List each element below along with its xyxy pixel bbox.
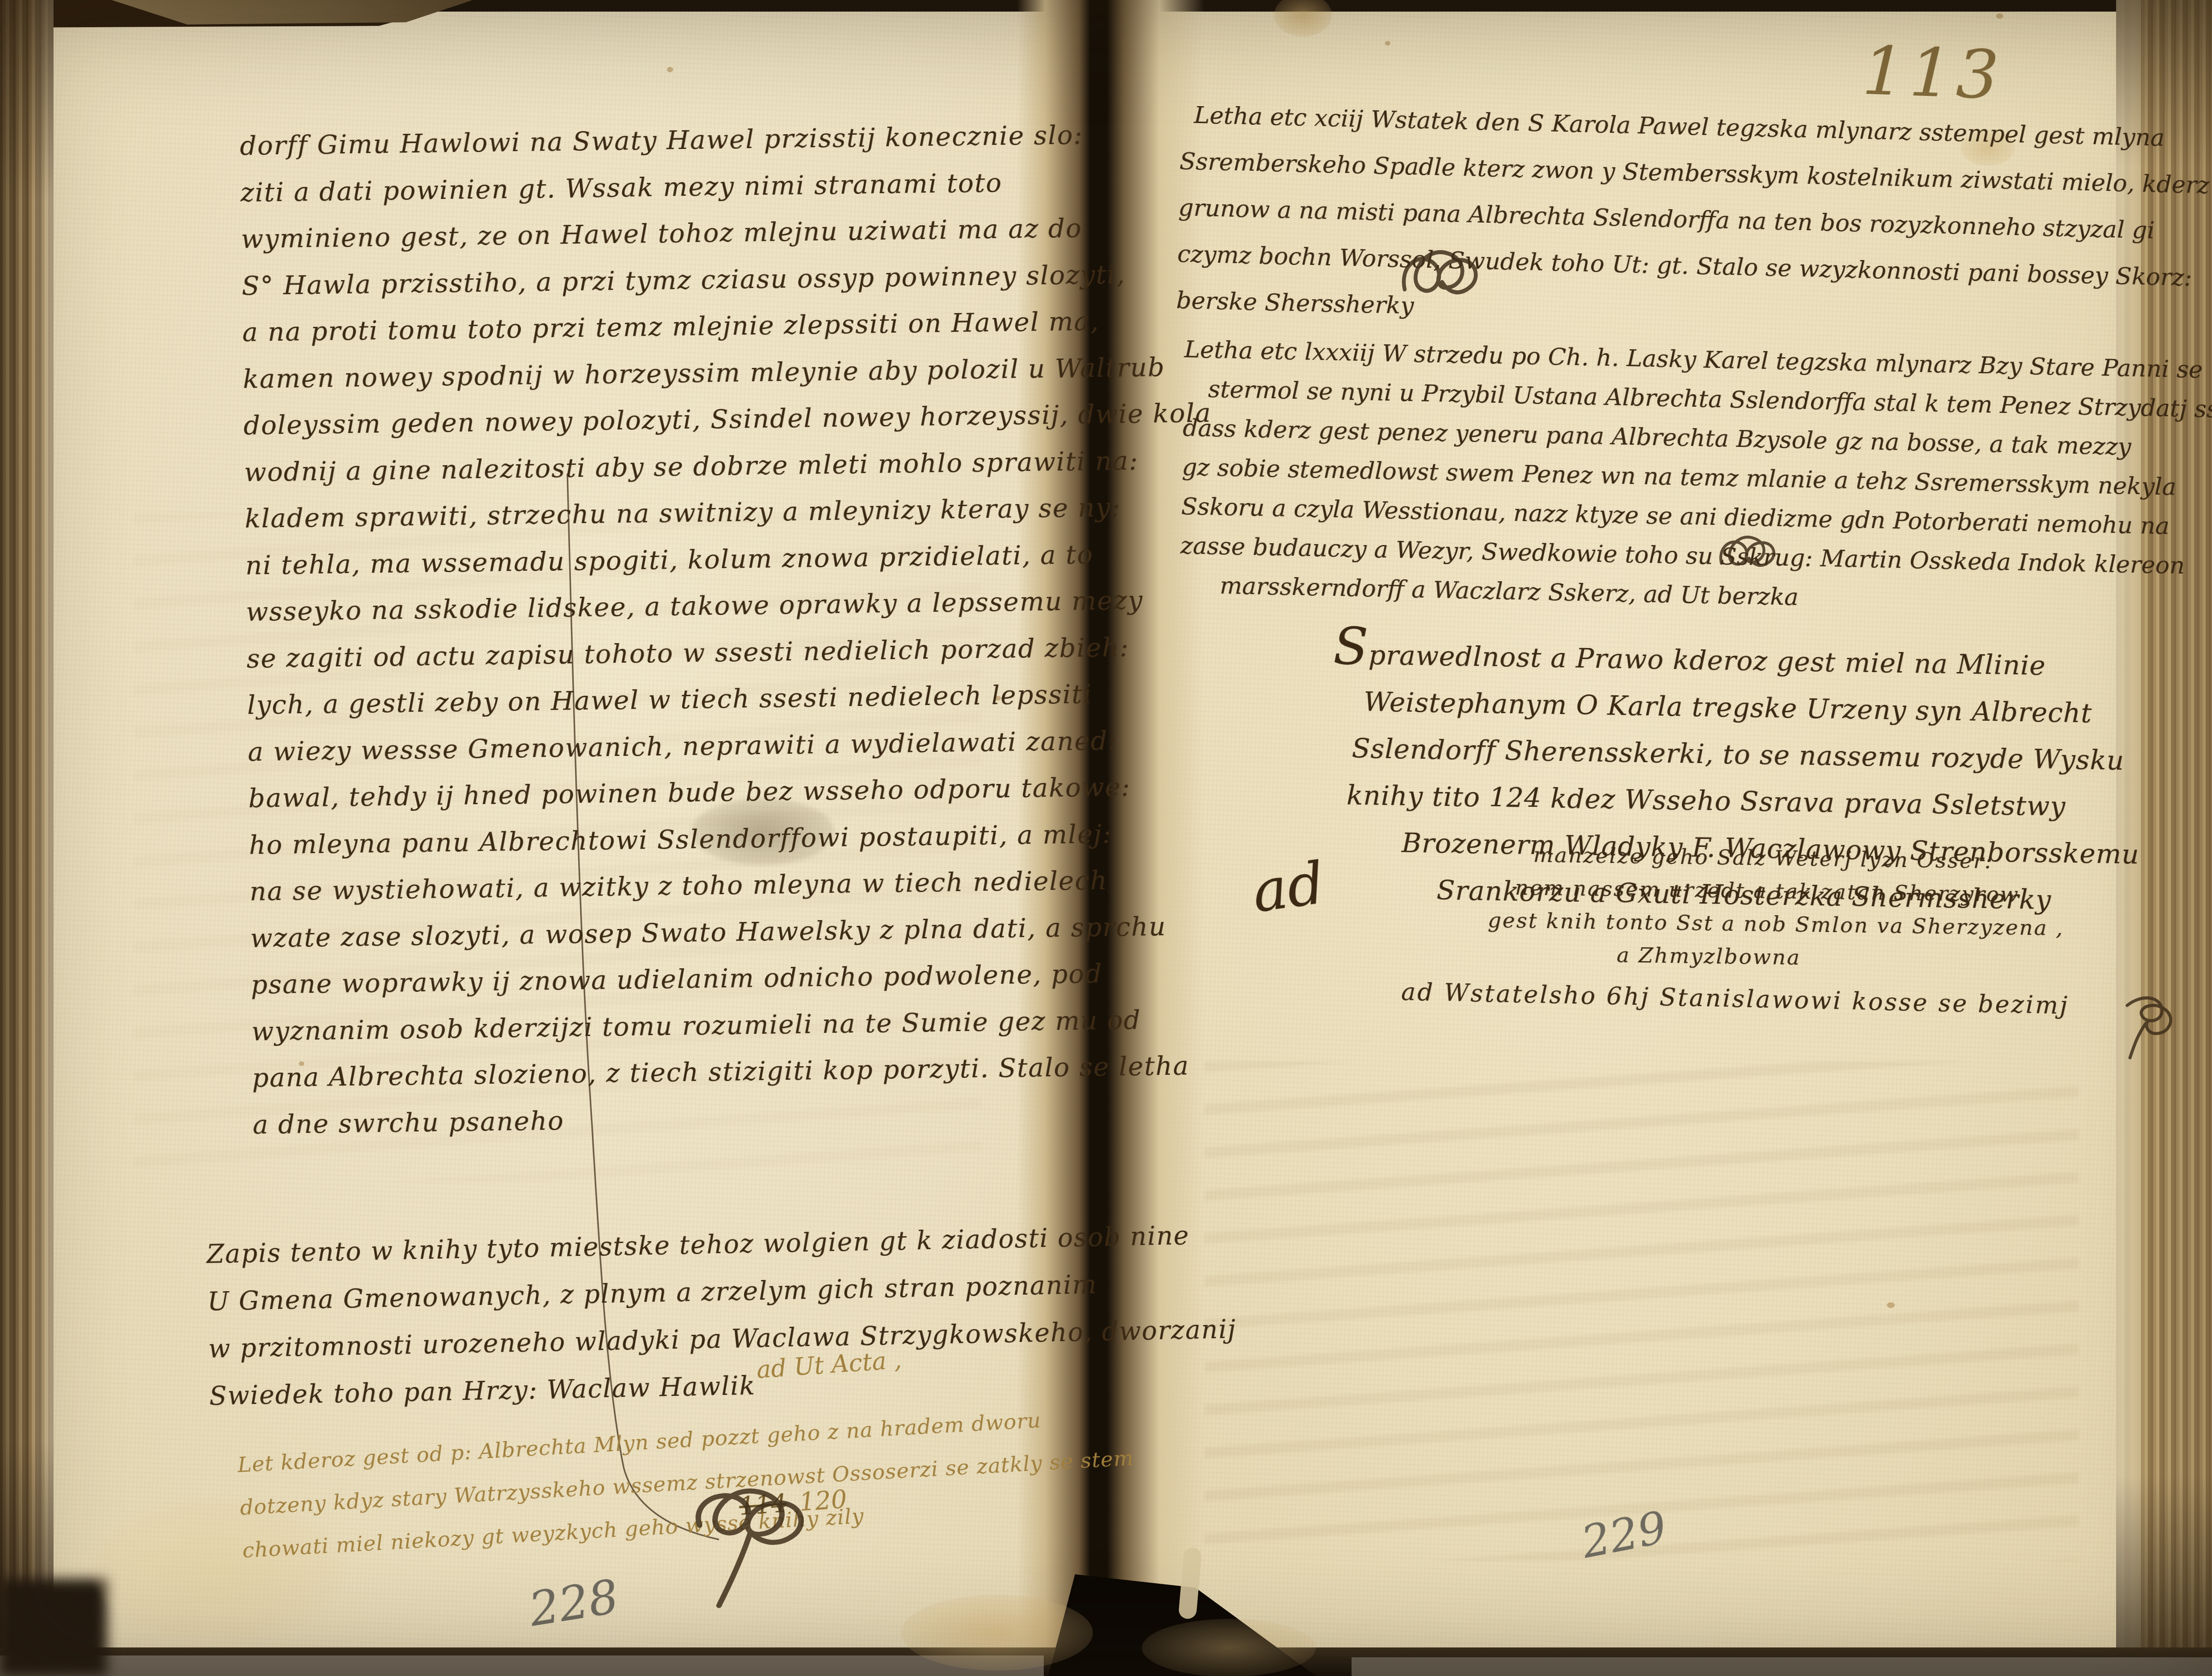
entry-2-paragraph: Letha etc lxxxiij W strzedu po Ch. h. La… xyxy=(1179,330,2212,625)
left-fore-edge-pages xyxy=(0,0,54,1676)
entry-1-paragraph: Letha etc xciij Wstatek den S Karola Paw… xyxy=(1176,92,2211,348)
margin-mark-ad: ad xyxy=(1248,849,1328,926)
bottom-page-stack-right xyxy=(1352,1657,2212,1676)
manuscript-photo: dorff Gimu Hawlowi na Swaty Hawel prziss… xyxy=(0,0,2212,1676)
bottom-page-stack-left xyxy=(0,1655,1044,1676)
ink-flourish-knot xyxy=(1715,518,1784,576)
ink-flourish-knot xyxy=(1396,225,1490,308)
registration-paragraph: Zapis tento w knihy tyto miestske tehoz … xyxy=(206,1211,1238,1420)
foxing-spot xyxy=(1887,1302,1895,1308)
entry-body-paragraph: dorff Gimu Hawlowi na Swaty Hawel prziss… xyxy=(240,110,1221,1148)
ink-flourish-knot xyxy=(2113,985,2189,1061)
foxing-spot xyxy=(667,67,673,72)
foxing-spot xyxy=(1996,13,2003,19)
bottom-left-board-shadow xyxy=(0,1579,107,1676)
ink-folio-number: 113 xyxy=(1861,32,2005,115)
manuscript-text-line: a Zhmyzlbowna xyxy=(1617,939,2064,978)
indented-block-paragraph: manzelze geho Salz Weterj lyzn Osser:nem… xyxy=(1514,838,2065,978)
foxing-spot xyxy=(1385,41,1390,45)
ink-flourish-knot xyxy=(682,1481,816,1614)
